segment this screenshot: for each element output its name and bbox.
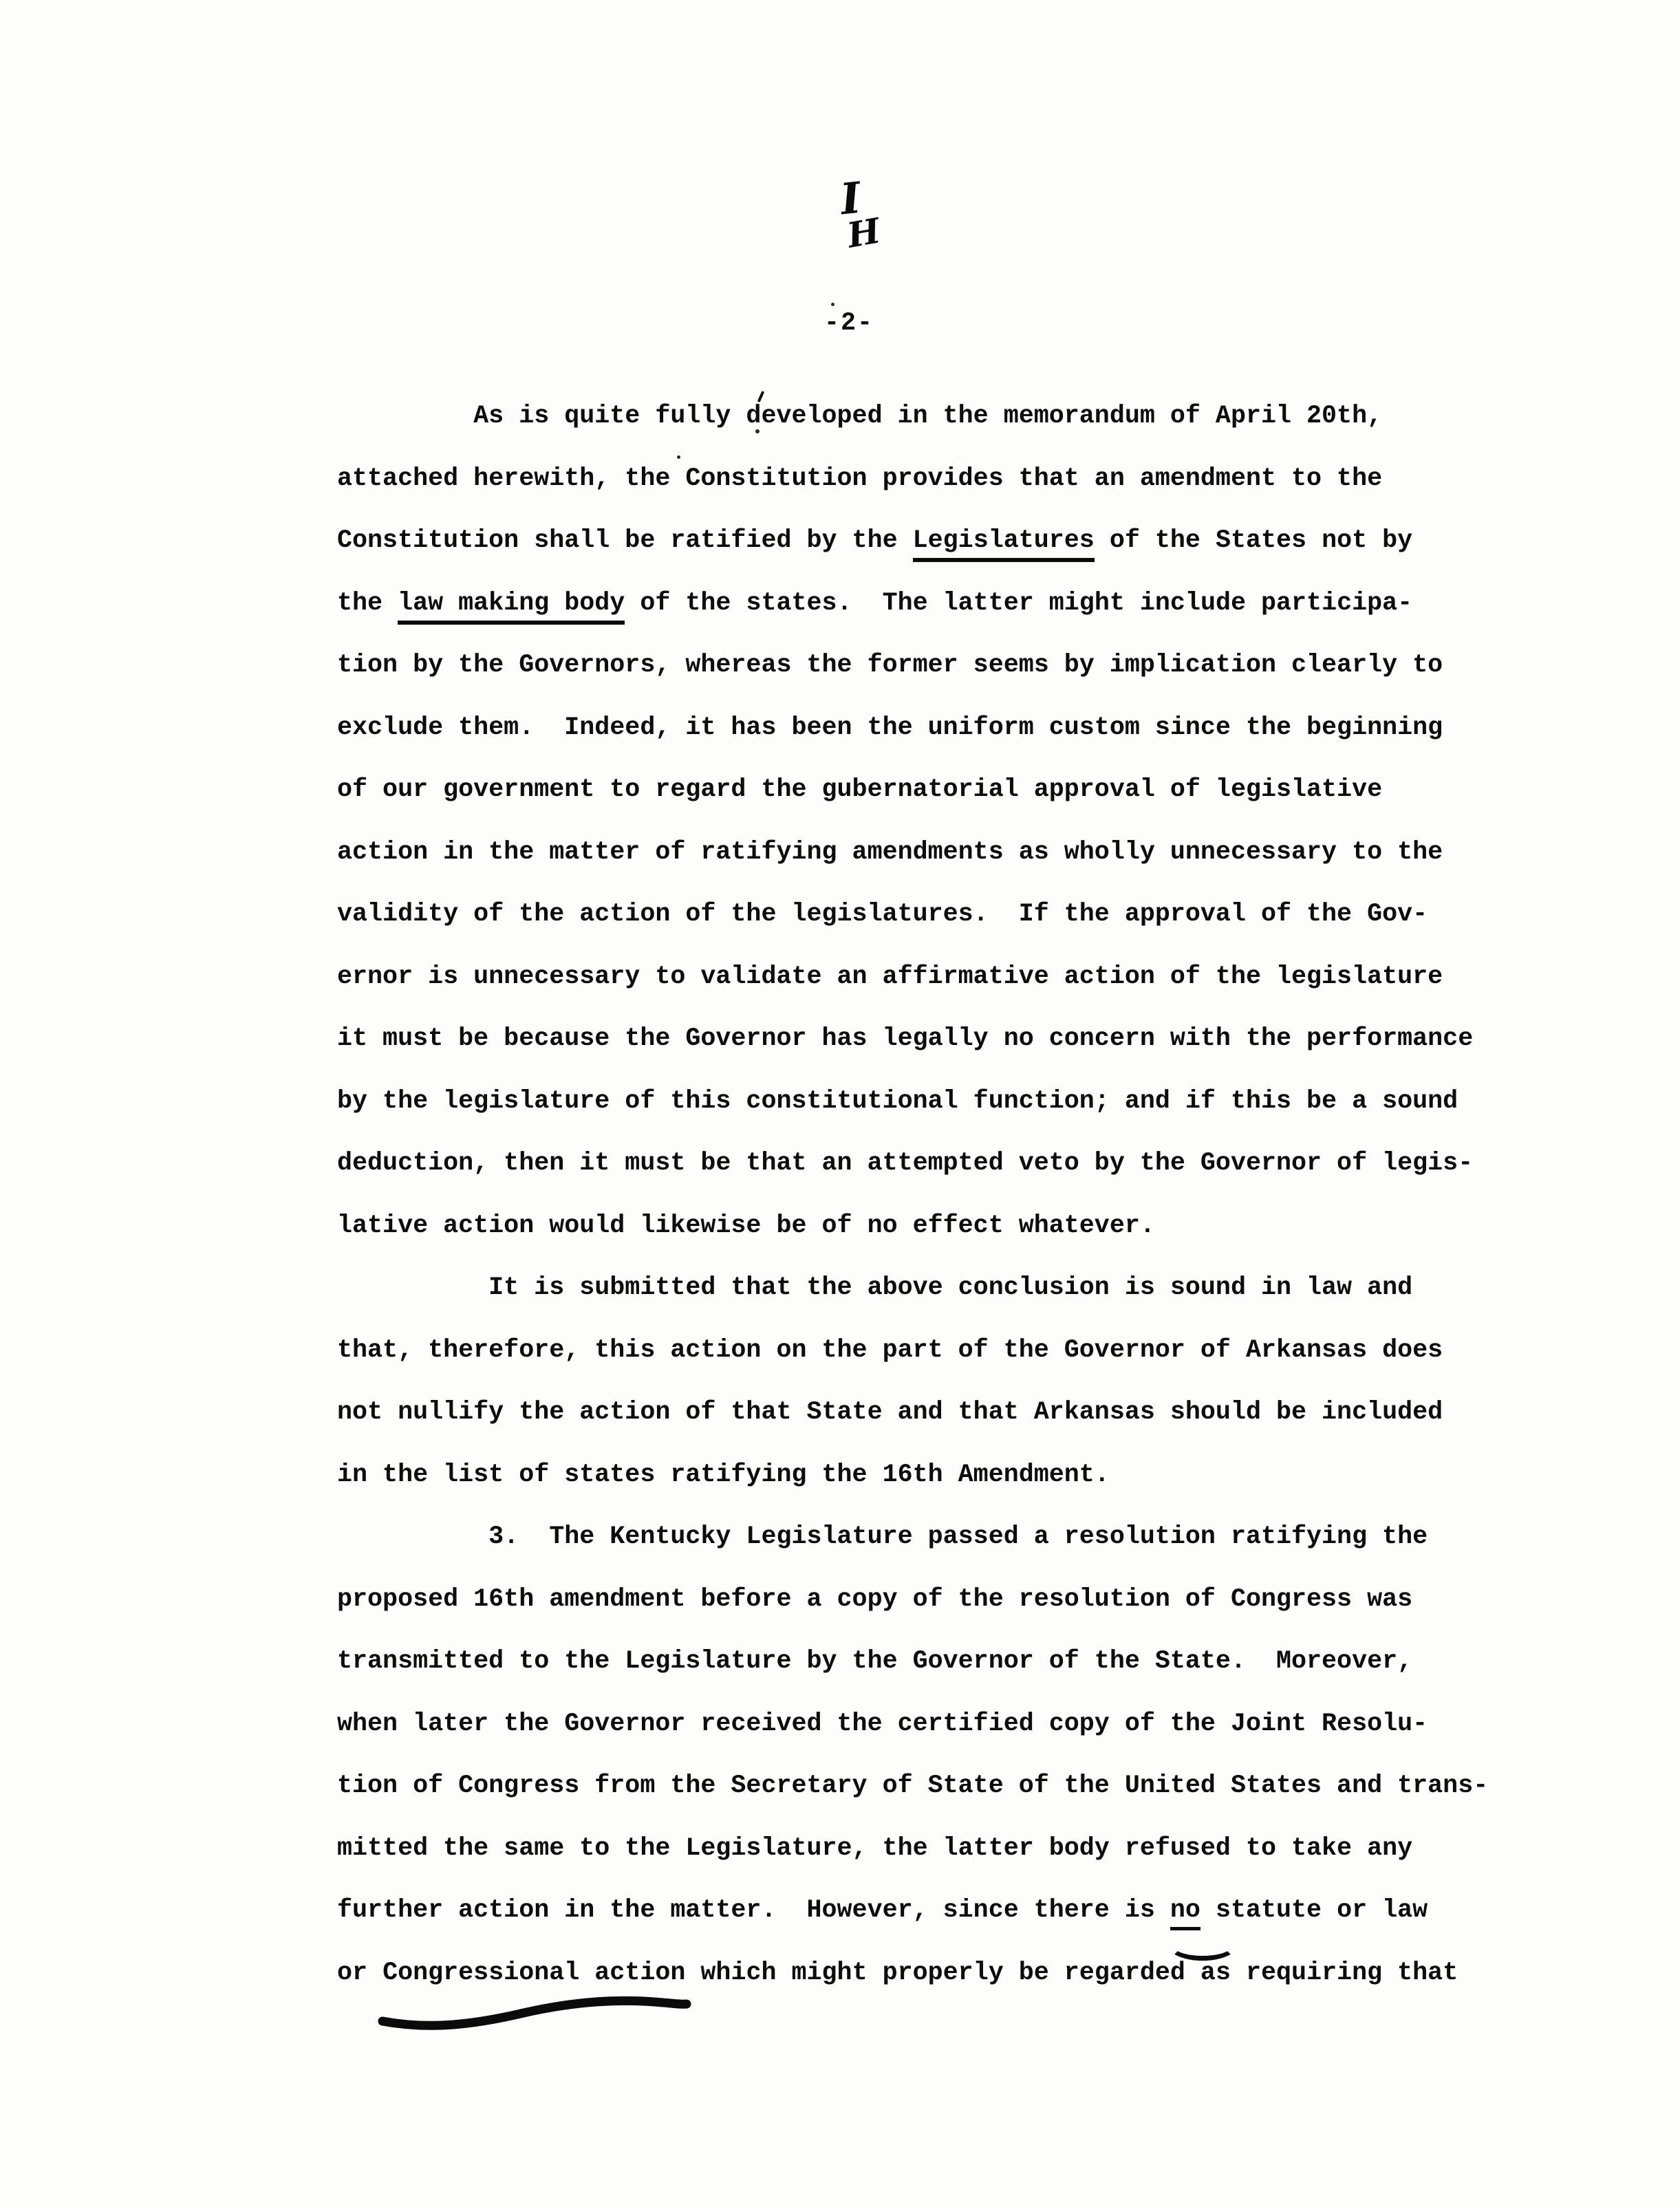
text-line: 3. The Kentucky Legislature passed a res… (337, 1506, 1548, 1569)
text-line: transmitted to the Legislature by the Go… (337, 1630, 1548, 1693)
text-segment: ernor is unnecessary to validate an affi… (337, 962, 1443, 991)
text-line: attached herewith, the Constitution prov… (337, 448, 1548, 510)
text-line: it must be because the Governor has lega… (337, 1008, 1548, 1070)
text-segment: action in the matter of ratifying amendm… (337, 838, 1443, 867)
text-segment: 3. The Kentucky Legislature passed a res… (337, 1522, 1428, 1551)
text-line: exclude them. Indeed, it has been the un… (337, 697, 1548, 759)
text-segment: deduction, then it must be that an attem… (337, 1149, 1473, 1178)
text-line: tion of Congress from the Secretary of S… (337, 1755, 1548, 1818)
text-line: validity of the action of the legislatur… (337, 883, 1548, 946)
handwritten-arc-mark (1168, 1930, 1237, 1961)
text-line: As is quite fully developed in the memor… (337, 385, 1548, 448)
text-segment: statute or law (1200, 1896, 1428, 1925)
text-segment: It is submitted that the above conclusio… (337, 1273, 1412, 1302)
text-line: when later the Governor received the cer… (337, 1693, 1548, 1756)
text-line: mitted the same to the Legislature, the … (337, 1818, 1548, 1880)
text-segment: mitted the same to the Legislature, the … (337, 1834, 1412, 1863)
text-segment: lative action would likewise be of no ef… (337, 1211, 1155, 1240)
text-segment: of the states. The latter might include … (625, 589, 1412, 618)
text-segment: that, therefore, this action on the part… (337, 1336, 1443, 1365)
text-segment: tion by the Governors, whereas the forme… (337, 651, 1443, 680)
scan-speck (677, 455, 680, 459)
text-line: It is submitted that the above conclusio… (337, 1257, 1548, 1319)
text-segment: As is quite fully developed in the memor… (337, 402, 1382, 431)
text-segment: attached herewith, the Constitution prov… (337, 464, 1382, 493)
wavy-underlined-text: Congressional action (383, 1959, 685, 1987)
document-body: As is quite fully developed in the memor… (337, 385, 1548, 2004)
text-line: deduction, then it must be that an attem… (337, 1132, 1548, 1195)
text-segment: tion of Congress from the Secretary of S… (337, 1771, 1488, 1800)
text-segment: the (337, 589, 398, 618)
text-line: ernor is unnecessary to validate an affi… (337, 946, 1548, 1009)
handwritten-mark-h: H (845, 213, 883, 252)
text-line: Constitution shall be ratified by the Le… (337, 510, 1548, 572)
text-segment: or (337, 1959, 383, 1987)
text-segment: when later the Governor received the cer… (337, 1710, 1428, 1738)
text-segment: exclude them. Indeed, it has been the un… (337, 713, 1443, 742)
text-segment: in the list of states ratifying the 16th… (337, 1461, 1110, 1489)
text-segment: not nullify the action of that State and… (337, 1398, 1443, 1427)
text-line: not nullify the action of that State and… (337, 1381, 1548, 1444)
scan-speck (831, 303, 834, 306)
text-line: action in the matter of ratifying amendm… (337, 821, 1548, 884)
text-line: the law making body of the states. The l… (337, 572, 1548, 635)
text-segment: transmitted to the Legislature by the Go… (337, 1647, 1412, 1676)
text-segment: proposed 16th amendment before a copy of… (337, 1585, 1412, 1614)
text-segment: it must be because the Governor has lega… (337, 1024, 1473, 1053)
underlined-text: law making body (398, 589, 625, 625)
text-segment: further action in the matter. However, s… (337, 1896, 1170, 1925)
underlined-text: Legislatures (913, 526, 1095, 562)
text-line: proposed 16th amendment before a copy of… (337, 1569, 1548, 1631)
page-number: -2- (824, 307, 874, 340)
text-segment: by the legislature of this constitutiona… (337, 1087, 1458, 1116)
text-line: further action in the matter. However, s… (337, 1879, 1548, 1942)
text-segment: validity of the action of the legislatur… (337, 900, 1428, 929)
text-line: that, therefore, this action on the part… (337, 1319, 1548, 1382)
text-segment: of our government to regard the gubernat… (337, 775, 1382, 804)
scan-speck (755, 429, 760, 433)
text-segment: of the States not by (1095, 526, 1412, 555)
scanned-memo-page: I H -2- As is quite fully developed in t… (0, 0, 1680, 2209)
text-line: tion by the Governors, whereas the forme… (337, 634, 1548, 697)
text-line: of our government to regard the gubernat… (337, 759, 1548, 821)
text-segment: Constitution shall be ratified by the (337, 526, 913, 555)
text-segment: which might properly be regarded as requ… (685, 1959, 1458, 1987)
text-line: by the legislature of this constitutiona… (337, 1070, 1548, 1133)
text-line: in the list of states ratifying the 16th… (337, 1444, 1548, 1507)
handwritten-wavy-underline (376, 1994, 699, 2032)
text-line: lative action would likewise be of no ef… (337, 1195, 1548, 1258)
underlined-text: no (1170, 1896, 1200, 1930)
